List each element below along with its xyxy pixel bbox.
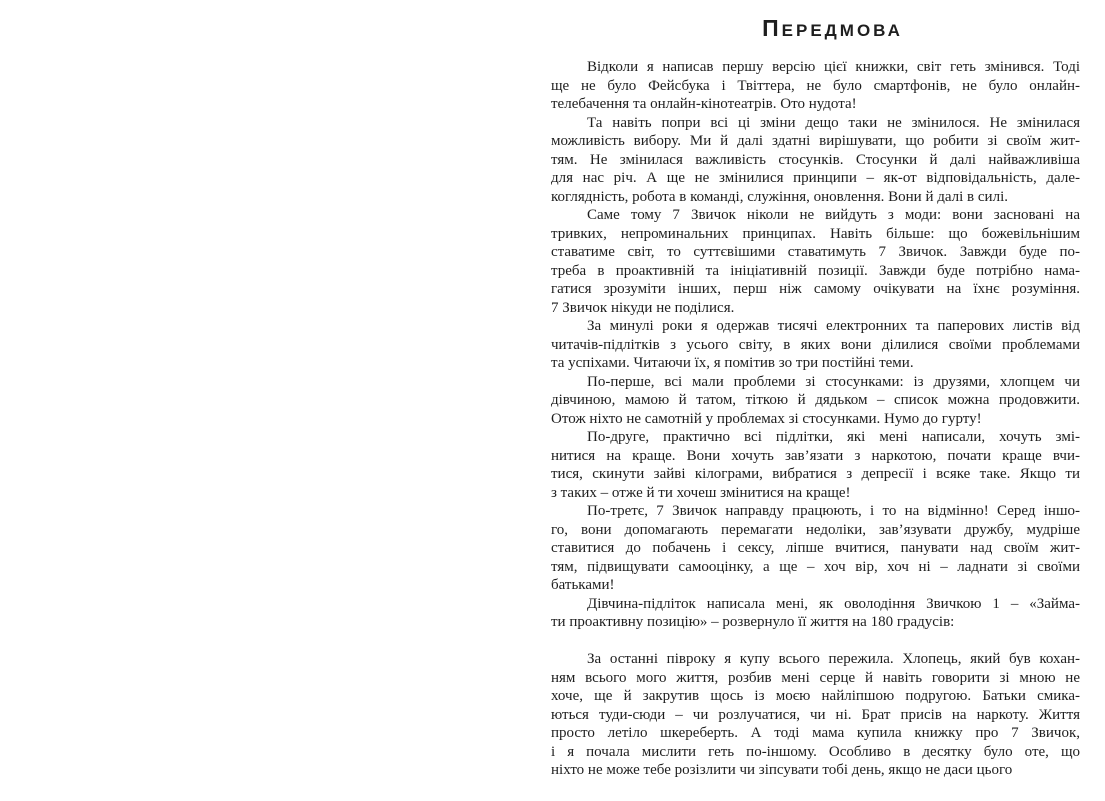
paragraph-4: За минулі роки я одержав тисячі електрон… [551,317,1080,373]
paragraph-spacer [551,632,1080,651]
paragraph-8: Дівчина-підліток написала мені, як оволо… [551,595,1080,632]
text-line: можливість вибору. Ми й далі здатні вирі… [551,132,1080,151]
text-line: нитися на краще. Вони хочуть зав’язати з… [551,447,1080,466]
text-line: По-третє, 7 Звичок направду працюють, і … [551,502,1080,521]
text-line: тям. Не змінилася важливість стосунків. … [551,151,1080,170]
text-line: Отож ніхто не самотній у проблемах зі ст… [551,410,1080,429]
text-line: телебачення та онлайн-кінотеатрів. Ото н… [551,95,1080,114]
page-body: Відколи я написав першу версію цієї книж… [551,58,1080,780]
text-line: ються туди-сюди – чи розлучатися, чи ні.… [551,706,1080,725]
text-line: 7 Звичок нікуди не поділися. [551,299,1080,318]
text-line: з таких – отже й ти хочеш змінитися на к… [551,484,1080,503]
paragraph-2: Та навіть попри всі ці зміни дещо таки н… [551,114,1080,207]
paragraph-5: По-перше, всі мали проблеми зі стосункам… [551,373,1080,429]
chapter-title: ПЕРЕДМОВА [568,13,1097,44]
text-line: гатися зрозуміти інших, перш ніж самому … [551,280,1080,299]
text-line: ставитися до побачень і сексу, ліпше вчи… [551,539,1080,558]
text-line: ще не було Фейсбука і Твіттера, не було … [551,77,1080,96]
paragraph-6: По-друге, практично всі підлітки, які ме… [551,428,1080,502]
paragraph-1: Відколи я написав першу версію цієї книж… [551,58,1080,114]
text-column: ПЕРЕДМОВА Відколи я написав першу версію… [551,13,1080,780]
text-line: батьками! [551,576,1080,595]
text-line: ням всього мого життя, розбив мені серце… [551,669,1080,688]
paragraph-7: По-третє, 7 Звичок направду працюють, і … [551,502,1080,595]
text-line: дівчиною, мамою й татом, тіткою й дядько… [551,391,1080,410]
text-line: та успіхами. Читаючи їх, я помітив зо тр… [551,354,1080,373]
text-line: ніхто не може тебе розізлити чи зіпсуват… [551,761,1080,780]
text-line: просто летіло шкереберть. А тоді мама ку… [551,724,1080,743]
text-line: ти проактивну позицію» – розвернуло її ж… [551,613,1080,632]
text-line: хоче, ще й закрутив щось із моєю найліпш… [551,687,1080,706]
text-line: тися, скинути зайві кілограми, вибратися… [551,465,1080,484]
text-line: читачів-підлітків з усього світу, в яких… [551,336,1080,355]
text-line: тям, підвищувати самооцінку, а ще – хоч … [551,558,1080,577]
text-line: Та навіть попри всі ці зміни дещо таки н… [551,114,1080,133]
text-line: ставатиме світ, то суттєвішими ставатиму… [551,243,1080,262]
text-line: коглядність, робота в команді, служіння,… [551,188,1080,207]
text-line: За минулі роки я одержав тисячі електрон… [551,317,1080,336]
text-line: Саме тому 7 Звичок ніколи не вийдуть з м… [551,206,1080,225]
text-line: За останні півроку я купу всього пережил… [551,650,1080,669]
text-line: треба в проактивній та ініціативній пози… [551,262,1080,281]
text-line: тривких, непроминальних принципах. Навіт… [551,225,1080,244]
paragraph-3: Саме тому 7 Звичок ніколи не вийдуть з м… [551,206,1080,317]
book-page: ПЕРЕДМОВА Відколи я написав першу версію… [0,0,1105,801]
text-line: Дівчина-підліток написала мені, як оволо… [551,595,1080,614]
text-line: і я почала мислити геть по-іншому. Особл… [551,743,1080,762]
text-line: Відколи я написав першу версію цієї книж… [551,58,1080,77]
text-line: го, вони допомагають перемагати недоліки… [551,521,1080,540]
text-line: По-перше, всі мали проблеми зі стосункам… [551,373,1080,392]
paragraph-9: За останні півроку я купу всього пережил… [551,650,1080,780]
text-line: для нас річ. А ще не змінилися принципи … [551,169,1080,188]
text-line: По-друге, практично всі підлітки, які ме… [551,428,1080,447]
